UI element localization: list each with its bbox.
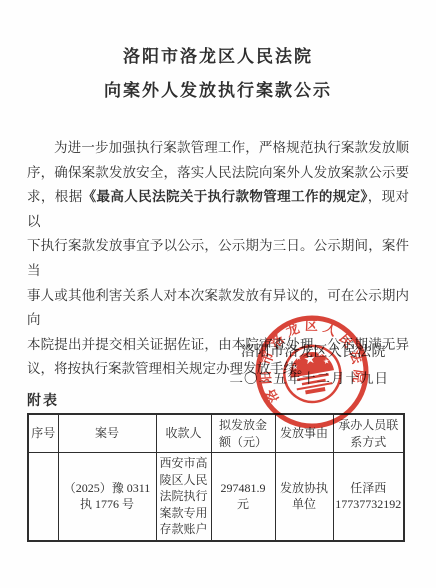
cell-serial-no [28, 453, 58, 541]
court-title: 洛阳市洛龙区人民法院 [0, 42, 436, 67]
body-line: 事人或其他利害关系人对本次案款发放有异议的，可在公示期内向 [27, 284, 409, 333]
body-line: 为进一步加强执行案款管理工作，严格规范执行案款发放顺 [27, 136, 409, 161]
header-payee: 收款人 [156, 414, 211, 453]
attachment-label: 附表 [27, 390, 59, 410]
header-reason: 发放事由 [275, 414, 333, 453]
header-case-no: 案号 [58, 414, 156, 453]
body-line: 下执行案款发放事宜予以公示，公示期为三日。公示期间，案件当 [27, 234, 409, 283]
header-amount: 拟发放金 额（元） [211, 414, 275, 453]
cell-reason: 发放协执 单位 [275, 453, 333, 541]
case-fund-table: 序号 案号 收款人 拟发放金 额（元） 发放事由 承办人员联 系方式 （2025… [27, 413, 403, 542]
signature-date: 二〇二五年十二月十九日 [230, 367, 390, 387]
body-line-pre: 求，根据 [27, 189, 83, 204]
header-serial-no: 序号 [28, 414, 58, 453]
cell-amount: 297481.9 元 [211, 453, 275, 541]
body-line: 求，根据《最高人民法院关于执行款物管理工作的规定》，现对以 [27, 185, 409, 234]
document-page: 洛阳市洛龙区人民法院 向案外人发放执行案款公示 为进一步加强执行案款管理工作，严… [0, 0, 436, 588]
table-header-row: 序号 案号 收款人 拟发放金 额（元） 发放事由 承办人员联 系方式 [28, 414, 404, 453]
cell-contact: 任泽西 17737732192 [333, 453, 404, 541]
header-contact: 承办人员联 系方式 [333, 414, 404, 453]
table-row: （2025）豫 0311 执 1776 号 西安市高 陵区人民 法院执行 案款专… [28, 453, 404, 541]
regulation-title: 《最高人民法院关于执行款物管理工作的规定》 [83, 189, 368, 204]
cell-payee: 西安市高 陵区人民 法院执行 案款专用 存款账户 [156, 453, 211, 541]
signature-court-name: 洛阳市洛龙区人民法院 [241, 341, 386, 361]
cell-case-no: （2025）豫 0311 执 1776 号 [58, 453, 156, 541]
notice-title: 向案外人发放执行案款公示 [0, 76, 436, 101]
body-line: 序，确保案款发放安全，落实人民法院向案外人发放案款公示要 [27, 161, 409, 186]
